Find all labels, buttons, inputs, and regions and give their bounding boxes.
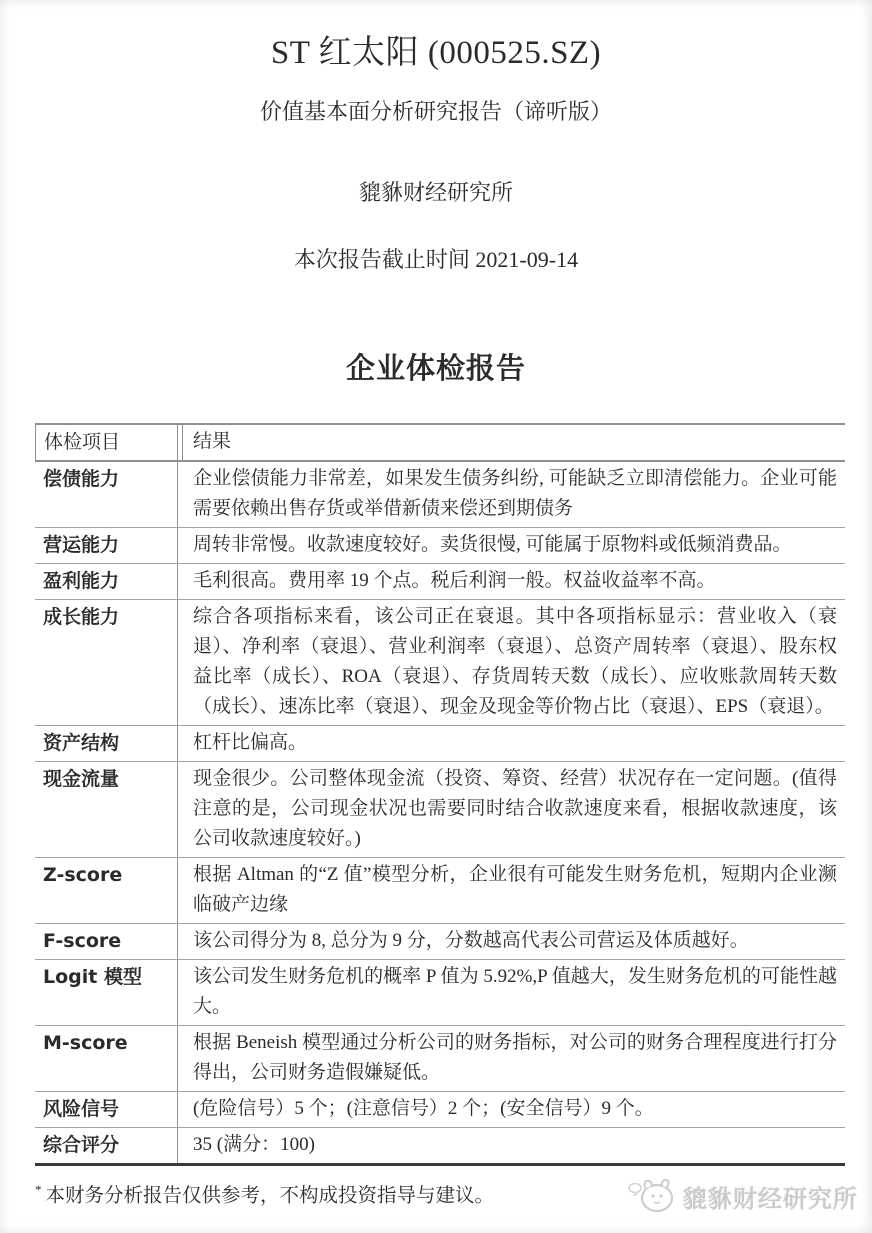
report-page: ST 红太阳 (000525.SZ) 价值基本面分析研究报告（谛听版） 貔貅财经… [0, 0, 872, 1233]
row-result: 企业偿债能力非常差，如果发生债务纠纷, 可能缺乏立即清偿能力。企业可能需要依赖出… [177, 462, 845, 527]
table-row-m-score: M-score 根据 Beneish 模型通过分析公司的财务指标，对公司的财务合… [35, 1026, 845, 1092]
section-heading: 企业体检报告 [0, 346, 872, 387]
row-label: 风险信号 [35, 1092, 177, 1127]
row-label: Logit 模型 [35, 960, 177, 1025]
row-result: 根据 Altman 的“Z 值”模型分析，企业很有可能发生财务危机，短期内企业濒… [177, 858, 845, 923]
table-row-logit-model: Logit 模型 该公司发生财务危机的概率 P 值为 5.92%,P 值越大，发… [35, 960, 845, 1026]
publisher-watermark: 貔貅财经研究所 [627, 1172, 858, 1221]
table-row-f-score: F-score 该公司得分为 8, 总分为 9 分，分数越高代表公司营运及体质越… [35, 924, 845, 960]
report-date-line: 本次报告截止时间 2021-09-14 [0, 243, 872, 274]
row-result: 杠杆比偏高。 [177, 726, 845, 761]
row-result: 根据 Beneish 模型通过分析公司的财务指标，对公司的财务合理程度进行打分得… [177, 1026, 845, 1091]
row-label: 综合评分 [35, 1128, 177, 1163]
health-check-table: 体检项目 结果 偿债能力 企业偿债能力非常差，如果发生债务纠纷, 可能缺乏立即清… [35, 423, 845, 1166]
row-result: 该公司得分为 8, 总分为 9 分，分数越高代表公司营运及体质越好。 [177, 924, 845, 959]
row-result: 该公司发生财务危机的概率 P 值为 5.92%,P 值越大，发生财务危机的可能性… [177, 960, 845, 1025]
row-result: 周转非常慢。收款速度较好。卖货很慢, 可能属于原物料或低频消费品。 [177, 528, 845, 563]
column-header-item: 体检项目 [35, 425, 177, 460]
row-result: (危险信号）5 个；(注意信号）2 个；(安全信号）9 个。 [177, 1092, 845, 1127]
row-label: 成长能力 [35, 600, 177, 725]
row-result: 35 (满分：100) [177, 1128, 845, 1163]
row-label: M-score [35, 1026, 177, 1091]
table-row-cash-flow: 现金流量 现金很少。公司整体现金流（投资、筹资、经营）状况存在一定问题。(值得注… [35, 762, 845, 858]
report-subtitle: 价值基本面分析研究报告（谛听版） [0, 95, 872, 126]
column-header-result: 结果 [177, 425, 845, 460]
table-row-z-score: Z-score 根据 Altman 的“Z 值”模型分析，企业很有可能发生财务危… [35, 858, 845, 924]
row-result: 综合各项指标来看，该公司正在衰退。其中各项指标显示：营业收入（衰退）、净利率（衰… [177, 600, 845, 725]
table-row-profitability: 盈利能力 毛利很高。费用率 19 个点。税后利润一般。权益收益率不高。 [35, 564, 845, 600]
row-label: 偿债能力 [35, 462, 177, 527]
table-row-overall-score: 综合评分 35 (满分：100) [35, 1128, 845, 1163]
row-result: 现金很少。公司整体现金流（投资、筹资、经营）状况存在一定问题。(值得注意的是，公… [177, 762, 845, 857]
footnote-marker: * [35, 1182, 42, 1197]
table-row-asset-structure: 资产结构 杠杆比偏高。 [35, 726, 845, 762]
pixiu-mascot-icon [627, 1172, 679, 1221]
row-result: 毛利很高。费用率 19 个点。税后利润一般。权益收益率不高。 [177, 564, 845, 599]
row-label: 盈利能力 [35, 564, 177, 599]
row-label: 资产结构 [35, 726, 177, 761]
row-label: Z-score [35, 858, 177, 923]
table-row-growth: 成长能力 综合各项指标来看，该公司正在衰退。其中各项指标显示：营业收入（衰退）、… [35, 600, 845, 726]
table-header-row: 体检项目 结果 [35, 425, 845, 462]
footnote-text: 本财务分析报告仅供参考，不构成投资指导与建议。 [46, 1186, 495, 1207]
watermark-text: 貔貅财经研究所 [683, 1179, 858, 1214]
document-header: ST 红太阳 (000525.SZ) 价值基本面分析研究报告（谛听版） 貔貅财经… [0, 0, 872, 274]
row-label: 现金流量 [35, 762, 177, 857]
report-title: ST 红太阳 (000525.SZ) [0, 0, 872, 73]
organization-name: 貔貅财经研究所 [0, 176, 872, 207]
row-label: F-score [35, 924, 177, 959]
table-row-operations: 营运能力 周转非常慢。收款速度较好。卖货很慢, 可能属于原物料或低频消费品。 [35, 528, 845, 564]
table-row-risk-signals: 风险信号 (危险信号）5 个；(注意信号）2 个；(安全信号）9 个。 [35, 1092, 845, 1128]
table-row-solvency: 偿债能力 企业偿债能力非常差，如果发生债务纠纷, 可能缺乏立即清偿能力。企业可能… [35, 462, 845, 528]
row-label: 营运能力 [35, 528, 177, 563]
